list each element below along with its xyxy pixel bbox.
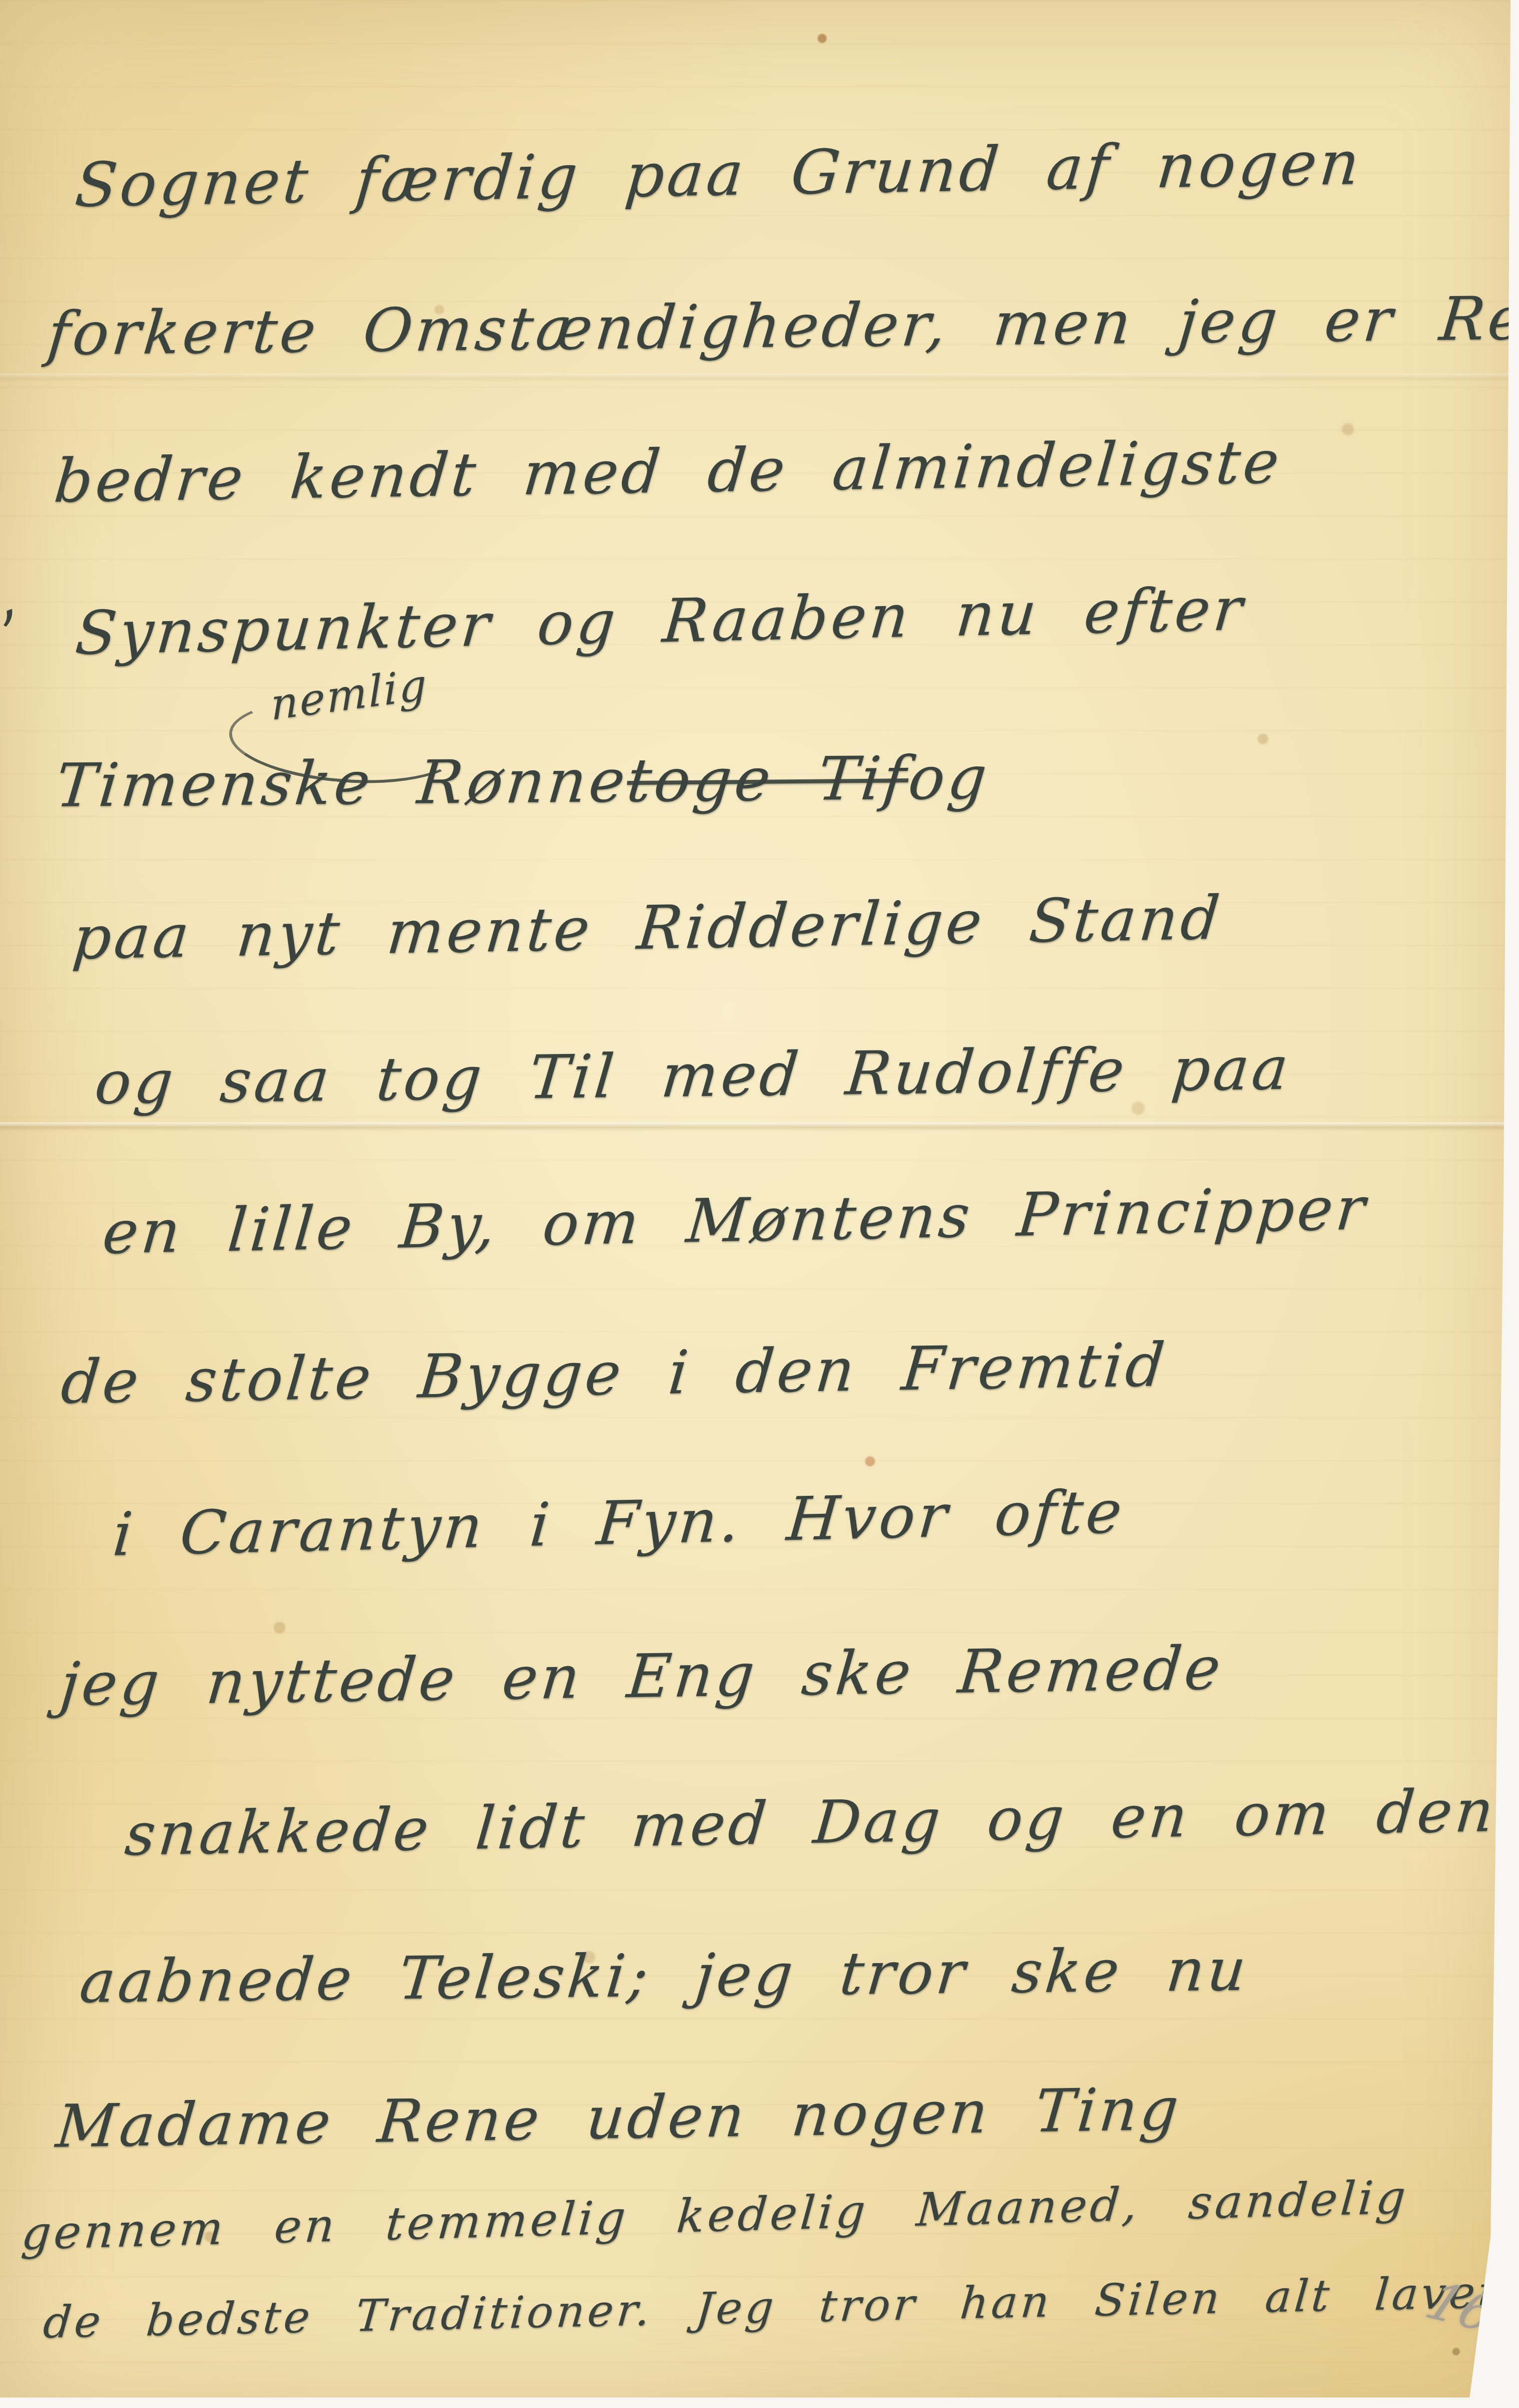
handwritten-line: Sognet færdig paa Grund af nogen <box>75 127 1363 221</box>
line-text: Timen <box>53 749 265 821</box>
line-text: jeg nyttede en Eng ske Remede <box>57 1634 1226 1720</box>
line-text: de stolte Bygge i den Fremtid <box>58 1331 1170 1417</box>
line-text: snakkede lidt med Dag og en om den <box>122 1776 1499 1869</box>
handwritten-line: Madame Rene uden nogen Ting <box>56 2074 1182 2161</box>
line-text: de bedste Traditioner. Jeg tror han Sile… <box>41 2266 1501 2348</box>
line-text: Synspunkter og Raaben nu efter <box>73 575 1248 669</box>
line-text: og <box>906 743 992 814</box>
handwritten-line: de bedste Traditioner. Jeg tror han Sile… <box>43 2266 1499 2348</box>
line-text: Madame Rene uden nogen Ting <box>53 2074 1184 2161</box>
handwritten-line: nemligTimen ske Rønne toge Tif og <box>56 743 989 821</box>
line-text: gennem en temmelig kedelig Maaned, sande… <box>19 2170 1410 2260</box>
struck-through-words: toge Tif <box>624 744 912 816</box>
handwritten-line: de stolte Bygge i den Fremtid <box>61 1331 1168 1417</box>
line-text: Sognet færdig paa Grund af nogen <box>72 127 1365 221</box>
line-text: bedre kendt med de almindeligste <box>51 427 1285 516</box>
line-text: paa nyt mente Ridderlige Stand <box>70 884 1225 973</box>
line-text: i Carantyn i Fyn. Hvor ofte <box>110 1477 1128 1570</box>
handwritten-line: Synspunkter og Raaben nu efter <box>75 575 1246 669</box>
handwritten-line: og saa tog Til med Rudolffe paa <box>95 1034 1291 1118</box>
handwriting-area: Sognet færdig paa Grund af nogenforkerte… <box>0 0 1519 2408</box>
line-text: ske Rønne <box>258 746 630 819</box>
line-text: og saa tog Til med Rudolffe paa <box>92 1034 1294 1118</box>
handwritten-line: forkerte Omstændigheder, men jeg er Ren <box>47 284 1519 369</box>
handwritten-line: bedre kendt med de almindeligste <box>54 427 1282 516</box>
line-text: forkerte Omstændigheder, men jeg er Ren <box>44 284 1519 369</box>
handwritten-line: i Carantyn i Fyn. Hvor ofte <box>112 1477 1125 1570</box>
handwritten-line: gennem en temmelig kedelig Maaned, sande… <box>21 2170 1409 2260</box>
line-text: en lille By, om Møntens Principper <box>100 1174 1370 1268</box>
handwritten-line: paa nyt mente Ridderlige Stand <box>72 884 1223 973</box>
inserted-word-above-line: nemlig <box>270 660 428 730</box>
letter-paper-sheet: Sognet færdig paa Grund af nogenforkerte… <box>0 0 1519 2408</box>
line-text: aabnede Teleski; jeg tror ske nu <box>77 1935 1252 2016</box>
handwritten-line: snakkede lidt med Dag og en om den <box>125 1776 1497 1869</box>
handwritten-line: jeg nyttede en Eng ske Remede <box>60 1634 1223 1720</box>
handwritten-line: aabnede Teleski; jeg tror ske nu <box>80 1935 1249 2016</box>
handwritten-line: en lille By, om Møntens Principper <box>102 1174 1368 1268</box>
